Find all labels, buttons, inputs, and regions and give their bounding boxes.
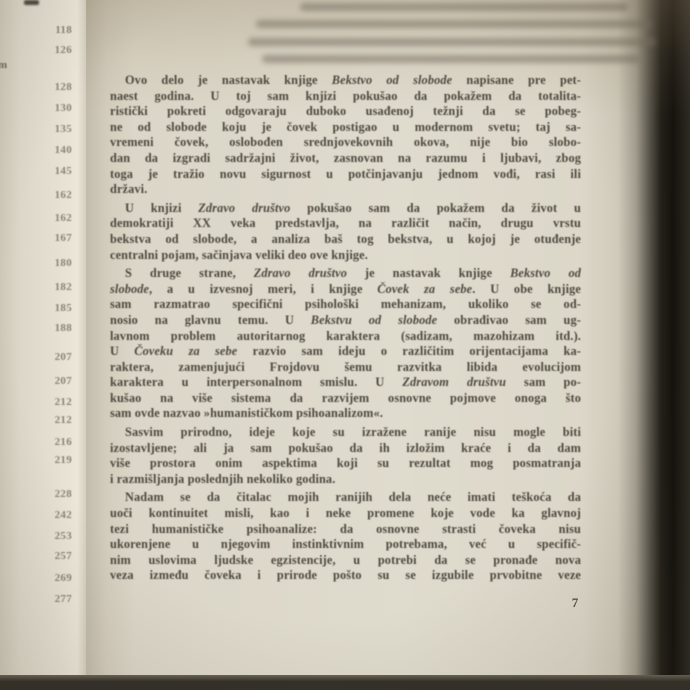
toc-page-number: 228 [40, 488, 72, 500]
body-text: Ovo delo je nastavak knjige Bekstvo od s… [110, 73, 581, 587]
ghost-text-line [262, 55, 640, 63]
table-surface [0, 681, 690, 690]
toc-page-number: 118 [40, 24, 72, 36]
toc-page-number: 212 [40, 396, 72, 408]
text-line: naest godina. U toj sam knjizi pokušao d… [110, 89, 581, 105]
text-line: bekstva od slobode, a analiza baš tog be… [110, 232, 581, 248]
text-line: U knjizi Zdravo društvo pokušao sam da p… [110, 201, 581, 217]
text-line: ne od slobode koju je čovek postigao u m… [110, 120, 581, 136]
ink-speck [24, 0, 39, 5]
toc-page-number: 180 [40, 257, 72, 269]
toc-page-number: 212 [40, 414, 72, 426]
left-page: m 11812612813013514014516216216718018218… [0, 0, 92, 677]
text-line: nosio na glavnu temu. U Bekstvu od slobo… [110, 313, 581, 329]
toc-page-number: 188 [40, 322, 72, 334]
text-line: uoči kontinuitet misli, kao i neke prome… [110, 506, 581, 522]
text-line: lavnom problem autoritarnog karaktera (s… [110, 329, 581, 345]
text-line: S druge strane, Zdravo društvo je nastav… [110, 266, 581, 282]
paragraph: U knjizi Zdravo društvo pokušao sam da p… [110, 201, 581, 263]
text-line: Sasvim prirodno, ideje koje su izražene … [110, 425, 581, 441]
toc-page-number: 216 [40, 436, 72, 448]
paragraph: Sasvim prirodno, ideje koje su izražene … [110, 425, 581, 487]
text-line: Nadam se da čitalac mojih ranijih dela n… [110, 490, 581, 506]
toc-page-number: 162 [40, 212, 72, 224]
toc-page-number: 128 [40, 81, 72, 93]
text-line: centralni pojam, sačinjava veliki deo ov… [110, 248, 581, 264]
toc-page-number: 130 [40, 102, 72, 114]
text-line: dan da izgradi sadržajni život, zasnovan… [110, 151, 581, 167]
paragraph: Nadam se da čitalac mojih ranijih dela n… [110, 490, 581, 584]
text-line: ristički pokreti odgovaraju duboko usađe… [110, 104, 581, 120]
text-line: demokratiji XX veka predstavlja, na razl… [110, 216, 581, 232]
text-line: ukorenjene u njegovim instinktivnim potr… [110, 537, 581, 553]
toc-page-number: 257 [40, 550, 72, 562]
toc-page-number: 140 [40, 144, 72, 156]
toc-page-number: 126 [40, 44, 72, 56]
paragraph: S druge strane, Zdravo društvo je nastav… [110, 266, 581, 422]
text-line: U Čoveku za sebe razvio sam ideju o razl… [110, 344, 581, 360]
ghost-text-line [300, 3, 628, 11]
toc-page-number: 167 [40, 232, 72, 244]
toc-number-column: 1181261281301351401451621621671801821851… [40, 0, 72, 677]
text-line: Ovo delo je nastavak knjige Bekstvo od s… [110, 73, 581, 89]
toc-page-number: 253 [40, 530, 72, 542]
text-line: sam razmatrao specifični psihološki meha… [110, 297, 581, 313]
text-line: kušao na više sistema da razvijem osnovn… [110, 391, 581, 407]
ghost-text-line [248, 38, 656, 46]
paragraph: Ovo delo je nastavak knjige Bekstvo od s… [110, 73, 581, 198]
toc-page-number: 242 [40, 509, 72, 521]
toc-page-number: 135 [40, 123, 72, 135]
toc-page-number: 182 [40, 281, 72, 293]
toc-page-number: 207 [40, 351, 72, 363]
text-line: državi. [110, 182, 581, 198]
toc-page-number: 162 [40, 189, 72, 201]
toc-page-number: 277 [40, 593, 72, 605]
text-line: izostavljene; ali ja sam pokušao da ih i… [110, 441, 581, 457]
text-line: tezi humanističke psihoanalize: da osnov… [110, 522, 581, 538]
text-line: veza između čoveka i prirode pošto su se… [110, 568, 581, 584]
toc-page-number: 207 [40, 375, 72, 387]
text-line: toga je tražio novu sigurnost u potčinja… [110, 167, 581, 183]
text-line: karaktera u interpersonalnom smislu. U Z… [110, 375, 581, 391]
left-page-text-fragment: m [0, 59, 7, 71]
toc-page-number: 145 [40, 165, 72, 177]
toc-page-number: 219 [40, 454, 72, 466]
ghost-text-line [256, 20, 652, 28]
text-line: vremeni čovek, oslobođen srednjovekovnih… [110, 135, 581, 151]
text-line: i razmišljanja poslednjih nekoliko godin… [110, 472, 581, 488]
toc-page-number: 185 [40, 302, 72, 314]
text-line: više prostora onim aspektima koji su rez… [110, 456, 581, 472]
text-line: nim uslovima ljudske egzistencije, u pot… [110, 553, 581, 569]
page-number: 7 [565, 595, 585, 611]
text-line: slobode, a u izvesnoj meri, i knjige Čov… [110, 282, 581, 298]
text-line: sam ovde nazvao »humanističkom psihoanal… [110, 406, 581, 422]
text-line: raktera, zamenjujući Frojdovu šemu razvi… [110, 360, 581, 376]
toc-page-number: 269 [40, 572, 72, 584]
